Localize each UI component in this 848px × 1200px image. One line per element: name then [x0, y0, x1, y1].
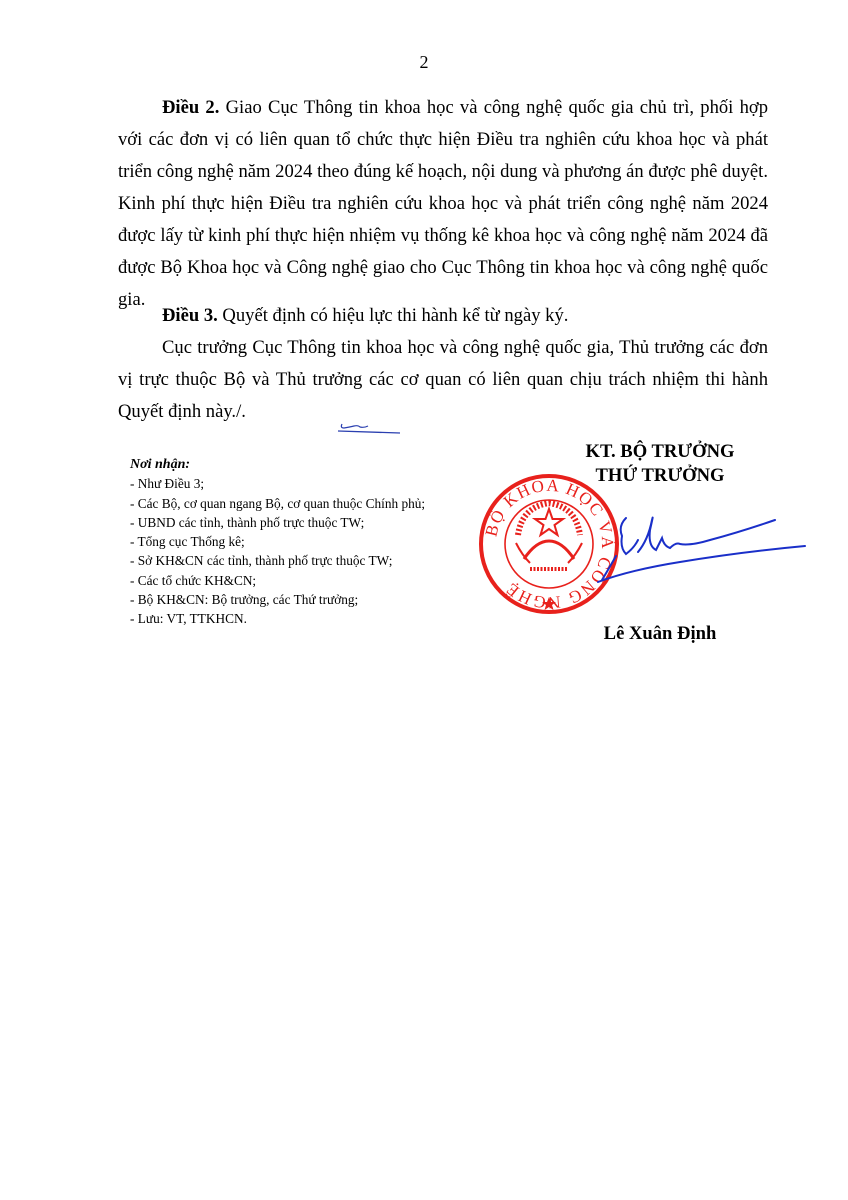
initials-mark: [336, 418, 402, 436]
signer-name: Lê Xuân Định: [560, 623, 760, 645]
article-3-text: Quyết định có hiệu lực thi hành kể từ ng…: [218, 305, 569, 326]
signature-title-line2: THỨ TRƯỞNG: [560, 464, 760, 488]
recipient-item: - Lưu: VT, TTKHCN.: [130, 609, 425, 628]
recipient-item: - UBND các tỉnh, thành phố trực thuộc TW…: [130, 513, 425, 532]
closing-text: Cục trưởng Cục Thông tin khoa học và côn…: [118, 332, 768, 428]
recipient-item: - Sở KH&CN các tỉnh, thành phố trực thuộ…: [130, 551, 425, 570]
article-2-paragraph: Điều 2. Giao Cục Thông tin khoa học và c…: [118, 92, 768, 316]
page-number: 2: [0, 52, 848, 73]
handwritten-signature: [590, 500, 810, 590]
signature-title-line1: KT. BỘ TRƯỞNG: [560, 440, 760, 464]
recipient-item: - Bộ KH&CN: Bộ trưởng, các Thứ trưởng;: [130, 590, 425, 609]
recipient-item: - Các Bộ, cơ quan ngang Bộ, cơ quan thuộ…: [130, 494, 425, 513]
recipients-list: Nơi nhận: - Như Điều 3;- Các Bộ, cơ quan…: [130, 455, 425, 629]
signature-block: KT. BỘ TRƯỞNG THỨ TRƯỞNG: [560, 440, 760, 488]
article-2-text: Giao Cục Thông tin khoa học và công nghệ…: [118, 97, 768, 310]
article-3-paragraph: Điều 3. Quyết định có hiệu lực thi hành …: [118, 300, 768, 332]
recipients-title: Nơi nhận:: [130, 455, 425, 474]
article-2-label: Điều 2.: [162, 97, 219, 118]
recipient-item: - Như Điều 3;: [130, 474, 425, 493]
recipient-item: - Các tổ chức KH&CN;: [130, 571, 425, 590]
article-3-label: Điều 3.: [162, 305, 218, 326]
closing-paragraph: Cục trưởng Cục Thông tin khoa học và côn…: [118, 332, 768, 428]
recipient-item: - Tổng cục Thống kê;: [130, 532, 425, 551]
